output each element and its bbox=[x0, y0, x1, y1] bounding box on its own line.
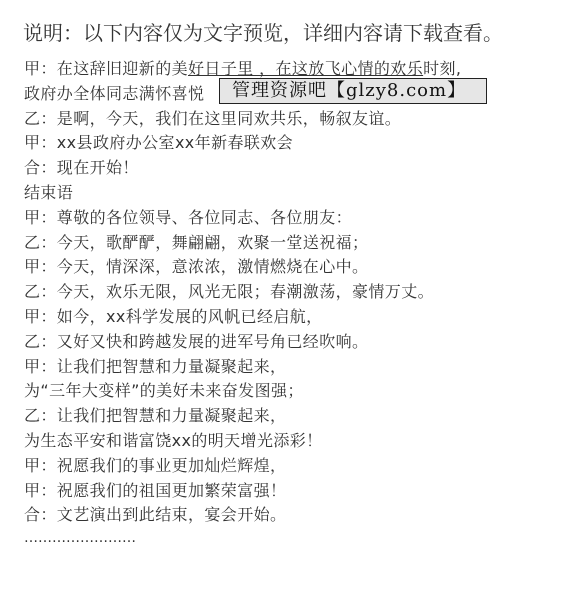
section-heading: 结束语 bbox=[24, 181, 564, 206]
text-line: 甲：尊敬的各位领导、各位同志、各位朋友： bbox=[24, 206, 564, 231]
text-line: 合：文艺演出到此结束，宴会开始。 bbox=[24, 503, 564, 528]
text-line: 乙：又好又快和跨越发展的进军号角已经吹响。 bbox=[24, 330, 564, 355]
text-line: 乙：今天，欢乐无限，风光无限；春潮激荡，豪情万丈。 bbox=[24, 280, 564, 305]
text-line: 乙：让我们把智慧和力量凝聚起来， bbox=[24, 404, 564, 429]
text-line: 为“三年大变样”的美好未来奋发图强； bbox=[24, 379, 564, 404]
text-line: 甲：今天，情深深，意浓浓，激情燃烧在心中。 bbox=[24, 255, 564, 280]
text-line: 合：现在开始！ bbox=[24, 156, 564, 181]
text-line: 甲：让我们把智慧和力量凝聚起来， bbox=[24, 355, 564, 380]
line-1-underlined: 好日子里 ，在这放飞心情的欢乐 bbox=[188, 59, 423, 78]
preview-notice-title: 说明：以下内容仅为文字预览，详细内容请下载查看。 bbox=[23, 17, 503, 46]
line-1-suffix: 时刻, bbox=[423, 59, 461, 78]
ellipsis-dots: …………………… bbox=[24, 528, 564, 548]
text-line: 甲：祝愿我们的祖国更加繁荣富强！ bbox=[24, 479, 564, 504]
text-line: 乙：是啊，今天，我们在这里同欢共乐，畅叙友谊。 bbox=[24, 107, 564, 132]
text-line: 甲：如今，xx科学发展的风帆已经启航， bbox=[24, 305, 564, 330]
text-line: 甲：祝愿我们的事业更加灿烂辉煌， bbox=[24, 454, 564, 479]
line-1-prefix: 甲：在这辞旧迎新的美 bbox=[24, 59, 188, 78]
text-line: 乙：今天，歌酽酽，舞翩翩，欢聚一堂送祝福； bbox=[24, 231, 564, 256]
document-body: 甲：在这辞旧迎新的美好日子里 ，在这放飞心情的欢乐时刻, 政府办全体同志满怀喜悦… bbox=[24, 57, 564, 548]
text-line: 甲：xx县政府办公室xx年新春联欢会 bbox=[24, 131, 564, 156]
text-line: 为生态平安和谐富饶xx的明天增光添彩！ bbox=[24, 429, 564, 454]
watermark-banner: 管理资源吧【glzy8.com】 bbox=[219, 78, 487, 104]
